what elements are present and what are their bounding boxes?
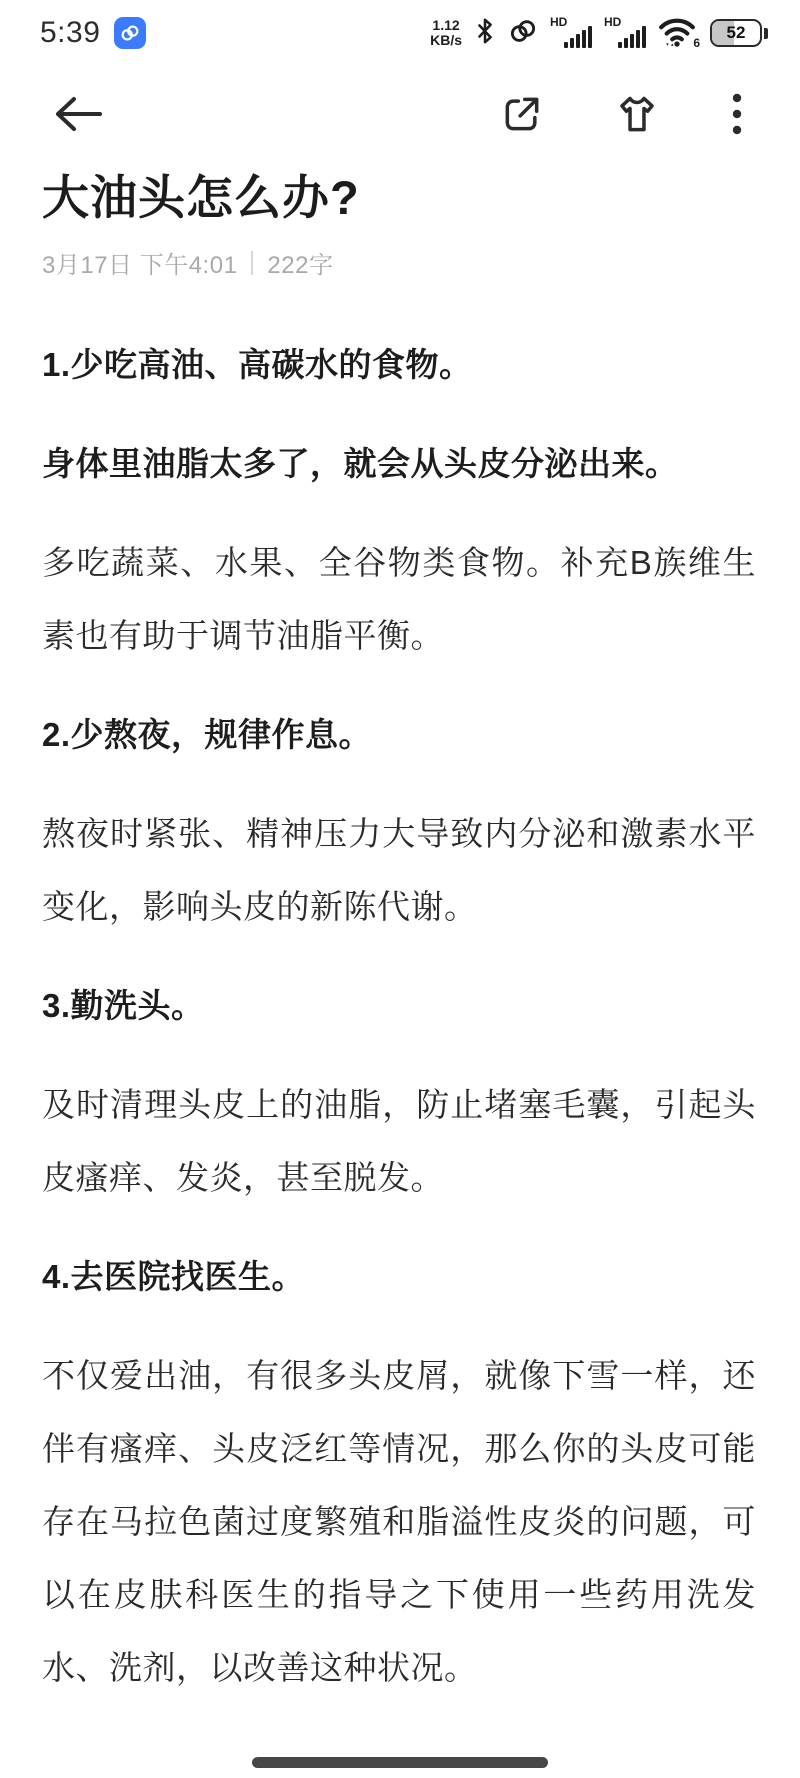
signal-bars-icon: HD — [604, 16, 646, 50]
signal-bars-icon: HD — [550, 16, 592, 50]
meta-divider — [251, 251, 253, 275]
note-paragraph: 身体里油脂太多了，就会从头皮分泌出来。 — [42, 427, 756, 500]
note-paragraph: 1.少吃高油、高碳水的食物。 — [42, 328, 756, 401]
note-body[interactable]: 1.少吃高油、高碳水的食物。身体里油脂太多了，就会从头皮分泌出来。多吃蔬菜、水果… — [0, 280, 800, 1704]
tshirt-theme-button[interactable] — [614, 92, 660, 136]
status-bar: 5:39 1.12 KB/s HD — [0, 0, 800, 56]
note-paragraph: 熬夜时紧张、精神压力大导致内分泌和激素水平变化，影响头皮的新陈代谢。 — [42, 797, 756, 943]
note-date: 3月17日 下午4:01 — [42, 245, 237, 280]
note-paragraph: 多吃蔬菜、水果、全谷物类食物。补充B族维生素也有助于调节油脂平衡。 — [42, 526, 756, 672]
bluetooth-icon — [474, 17, 496, 50]
home-indicator[interactable] — [252, 1757, 548, 1768]
wifi-icon: 6 — [658, 16, 698, 50]
network-speed: 1.12 KB/s — [430, 18, 462, 48]
note-paragraph: 3.勤洗头。 — [42, 969, 756, 1042]
note-paragraph: 及时清理头皮上的油脂，防止堵塞毛囊，引起头皮瘙痒、发炎，甚至脱发。 — [42, 1068, 756, 1214]
note-paragraph: 2.少熬夜，规律作息。 — [42, 698, 756, 771]
note-title[interactable]: 大油头怎么办? — [42, 166, 758, 229]
note-header: 大油头怎么办? 3月17日 下午4:01 222字 — [0, 146, 800, 280]
clock-time: 5:39 — [40, 16, 100, 50]
battery-icon: 52 — [710, 19, 768, 47]
note-char-count: 222字 — [267, 245, 333, 280]
back-button[interactable] — [52, 92, 104, 136]
note-paragraph: 不仅爱出油，有很多头皮屑，就像下雪一样，还伴有瘙痒、头皮泛红等情况，那么你的头皮… — [42, 1339, 756, 1704]
wifi-generation-label: 6 — [693, 36, 700, 50]
sync-rings-icon — [508, 16, 538, 51]
note-paragraph: 4.去医院找医生。 — [42, 1240, 756, 1313]
kebab-menu-button[interactable] — [730, 92, 744, 136]
note-toolbar — [0, 82, 800, 146]
battery-percent: 52 — [727, 23, 746, 43]
link-badge-icon — [114, 17, 146, 49]
share-button[interactable] — [500, 92, 544, 136]
note-meta: 3月17日 下午4:01 222字 — [42, 245, 758, 280]
